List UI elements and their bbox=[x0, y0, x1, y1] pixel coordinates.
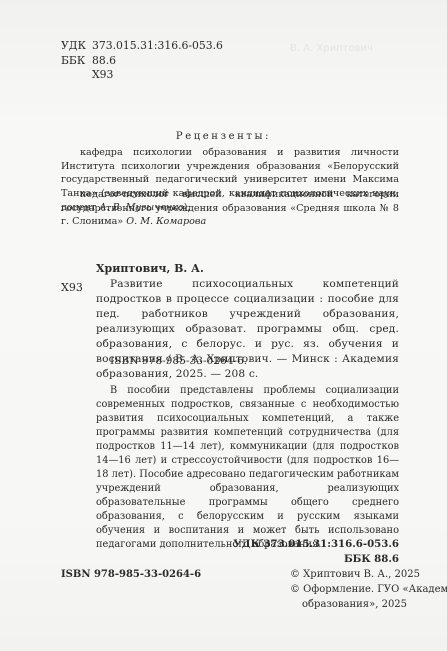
udk-label: УДК bbox=[61, 39, 92, 54]
reviewer-entry-2: педагог-психолог высшей квалификационной… bbox=[61, 188, 399, 229]
udk-row: УДК 373.015.31:316.6-053.6 bbox=[61, 39, 223, 54]
copyright-design: © Оформление. ГУО «Академия bbox=[290, 584, 447, 595]
bbk-label: ББК bbox=[61, 54, 92, 69]
udk-value: 373.015.31:316.6-053.6 bbox=[92, 39, 223, 54]
classification-codes: УДК 373.015.31:316.6-053.6 ББК 88.6 Х93 bbox=[61, 39, 223, 83]
footer-udk: УДК 373.015.31:316.6-053.6 bbox=[233, 538, 399, 550]
bibliographic-author: Хриптович, В. А. bbox=[96, 262, 204, 275]
footer-bbk: ББК 88.6 bbox=[344, 553, 399, 565]
copyright-author: © Хриптович В. А., 2025 bbox=[290, 569, 420, 580]
bibliographic-isbn: ISBN 978-985-33-0264-6. bbox=[110, 355, 247, 367]
bbk-row: ББК 88.6 bbox=[61, 54, 223, 69]
abstract: В пособии представлены проблемы социализ… bbox=[96, 384, 399, 552]
bibliographic-author-mark: Х93 bbox=[61, 281, 83, 294]
copyright-design-continued: образования», 2025 bbox=[302, 599, 407, 610]
book-imprint-page: В. А. Хриптович УДК 373.015.31:316.6-053… bbox=[0, 0, 447, 651]
bbk-value: 88.6 bbox=[92, 54, 116, 69]
author-mark: Х93 bbox=[92, 68, 113, 83]
show-through-text: В. А. Хриптович bbox=[290, 43, 373, 54]
reviewer-name-2: О. М. Комарова bbox=[126, 216, 206, 227]
reviewers-title: Рецензенты: bbox=[0, 131, 447, 142]
footer-isbn: ISBN 978-985-33-0264-6 bbox=[61, 569, 201, 580]
author-mark-row: Х93 bbox=[61, 68, 223, 83]
